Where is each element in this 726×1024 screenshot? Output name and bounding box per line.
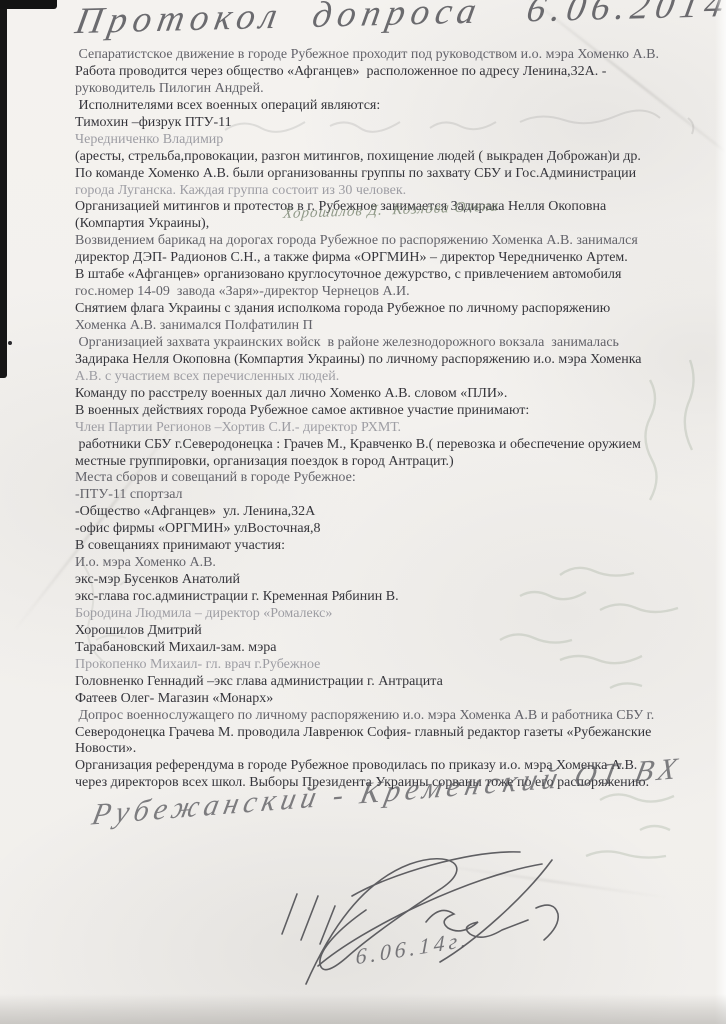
document-line: В военных действиях города Рубежное само…	[75, 403, 720, 420]
document-line: И.о. мэра Хоменко А.В.	[75, 555, 720, 572]
document-line: экс-мэр Бусенков Анатолий	[75, 572, 720, 589]
document-line: А.В. с участием всех перечисленных людей…	[75, 369, 720, 386]
document-line: Хоменка А.В. занимался Полфатилин П	[75, 318, 720, 335]
document-line: Тимохин –физрук ПТУ-11	[75, 115, 720, 132]
document-line: Северодонецка Грачева М. проводила Лавре…	[75, 725, 720, 742]
document-line: -Общество «Афганцев» ул. Ленина,32А	[75, 504, 720, 521]
document-line: экс-глава гос.администрации г. Кременная…	[75, 589, 720, 606]
document-line: Организация референдума в городе Рубежно…	[75, 758, 720, 775]
document-line: гос.номер 14-09 завода «Заря»-директор Ч…	[75, 284, 720, 301]
document-line: Места сборов и совещаний в городе Рубежн…	[75, 470, 720, 487]
document-line: В штабе «Афганцев» организовано круглосу…	[75, 267, 720, 284]
scan-edge-bottom-shadow	[0, 994, 726, 1024]
scan-edge-right	[715, 0, 726, 1024]
document-line: Задирака Нелля Окоповна (Компартия Украи…	[75, 352, 720, 369]
ink-dot	[8, 341, 12, 345]
scan-edge-top-left	[0, 0, 57, 9]
document-line: Организацией захвата украинских войск в …	[75, 335, 720, 352]
document-line: (Компартия Украины),	[75, 216, 720, 233]
document-line: -ПТУ-11 спортзал	[75, 487, 720, 504]
document-body-lines: Сепаратистское движение в городе Рубежно…	[75, 47, 720, 792]
scan-edge-left	[0, 0, 7, 378]
document-line: (аресты, стрельба,провокации, разгон мит…	[75, 149, 720, 166]
document-line: Возвидением барикад на дорогах города Ру…	[75, 233, 720, 250]
handwritten-title: Протокол допроса 6.06.2014	[72, 0, 726, 43]
document-line: Работа проводится через общество «Афганц…	[75, 64, 720, 81]
document-line: Новости».	[75, 741, 720, 758]
document-line: -офис фирмы «ОРГМИН» улВосточная,8	[75, 521, 720, 538]
scanned-document-page: Протокол допроса 6.06.2014 Сепаратистско…	[0, 0, 726, 1024]
document-line: руководитель Пилогин Андрей.	[75, 81, 720, 98]
document-line: директор ДЭП- Радионов С.Н., а также фир…	[75, 250, 720, 267]
handwritten-date: 6.06.14г.	[356, 926, 471, 971]
document-line: Головненко Геннадий –экс глава администр…	[75, 674, 720, 691]
document-line: Тарабановский Михаил-зам. мэра	[75, 640, 720, 657]
document-line: Бородина Людмила – директор «Ромалекс»	[75, 606, 720, 623]
document-line: Исполнителями всех военных операций явля…	[75, 98, 720, 115]
document-line: В совещаниях принимают участия:	[75, 538, 720, 555]
document-line: через директоров всех школ. Выборы Прези…	[75, 775, 720, 792]
document-line: Прокопенко Михаил- гл. врач г.Рубежное	[75, 657, 720, 674]
document-line: Фатеев Олег- Магазин «Монарх»	[75, 691, 720, 708]
document-line: местные группировки, организация поездок…	[75, 454, 720, 471]
document-line: Член Партии Регионов –Хортив С.И.- дирек…	[75, 420, 720, 437]
document-line: города Луганска. Каждая группа состоит и…	[75, 183, 720, 200]
document-line: Сепаратистское движение в городе Рубежно…	[75, 47, 720, 64]
document-line: Снятием флага Украины с здания исполкома…	[75, 301, 720, 318]
document-line: Организацией митингов и протестов в г. Р…	[75, 199, 720, 216]
paper-crease	[431, 863, 669, 898]
document-line: Команду по расстрелу военных дал лично Х…	[75, 386, 720, 403]
document-line: Хорошилов Дмитрий	[75, 623, 720, 640]
document-line: Чередниченко Владимир	[75, 132, 720, 149]
document-line: работники СБУ г.Северодонецка : Грачев М…	[75, 437, 720, 454]
document-line: По команде Хоменко А.В. были организован…	[75, 166, 720, 183]
document-line: Допрос военнослужащего по личному распор…	[75, 708, 720, 725]
